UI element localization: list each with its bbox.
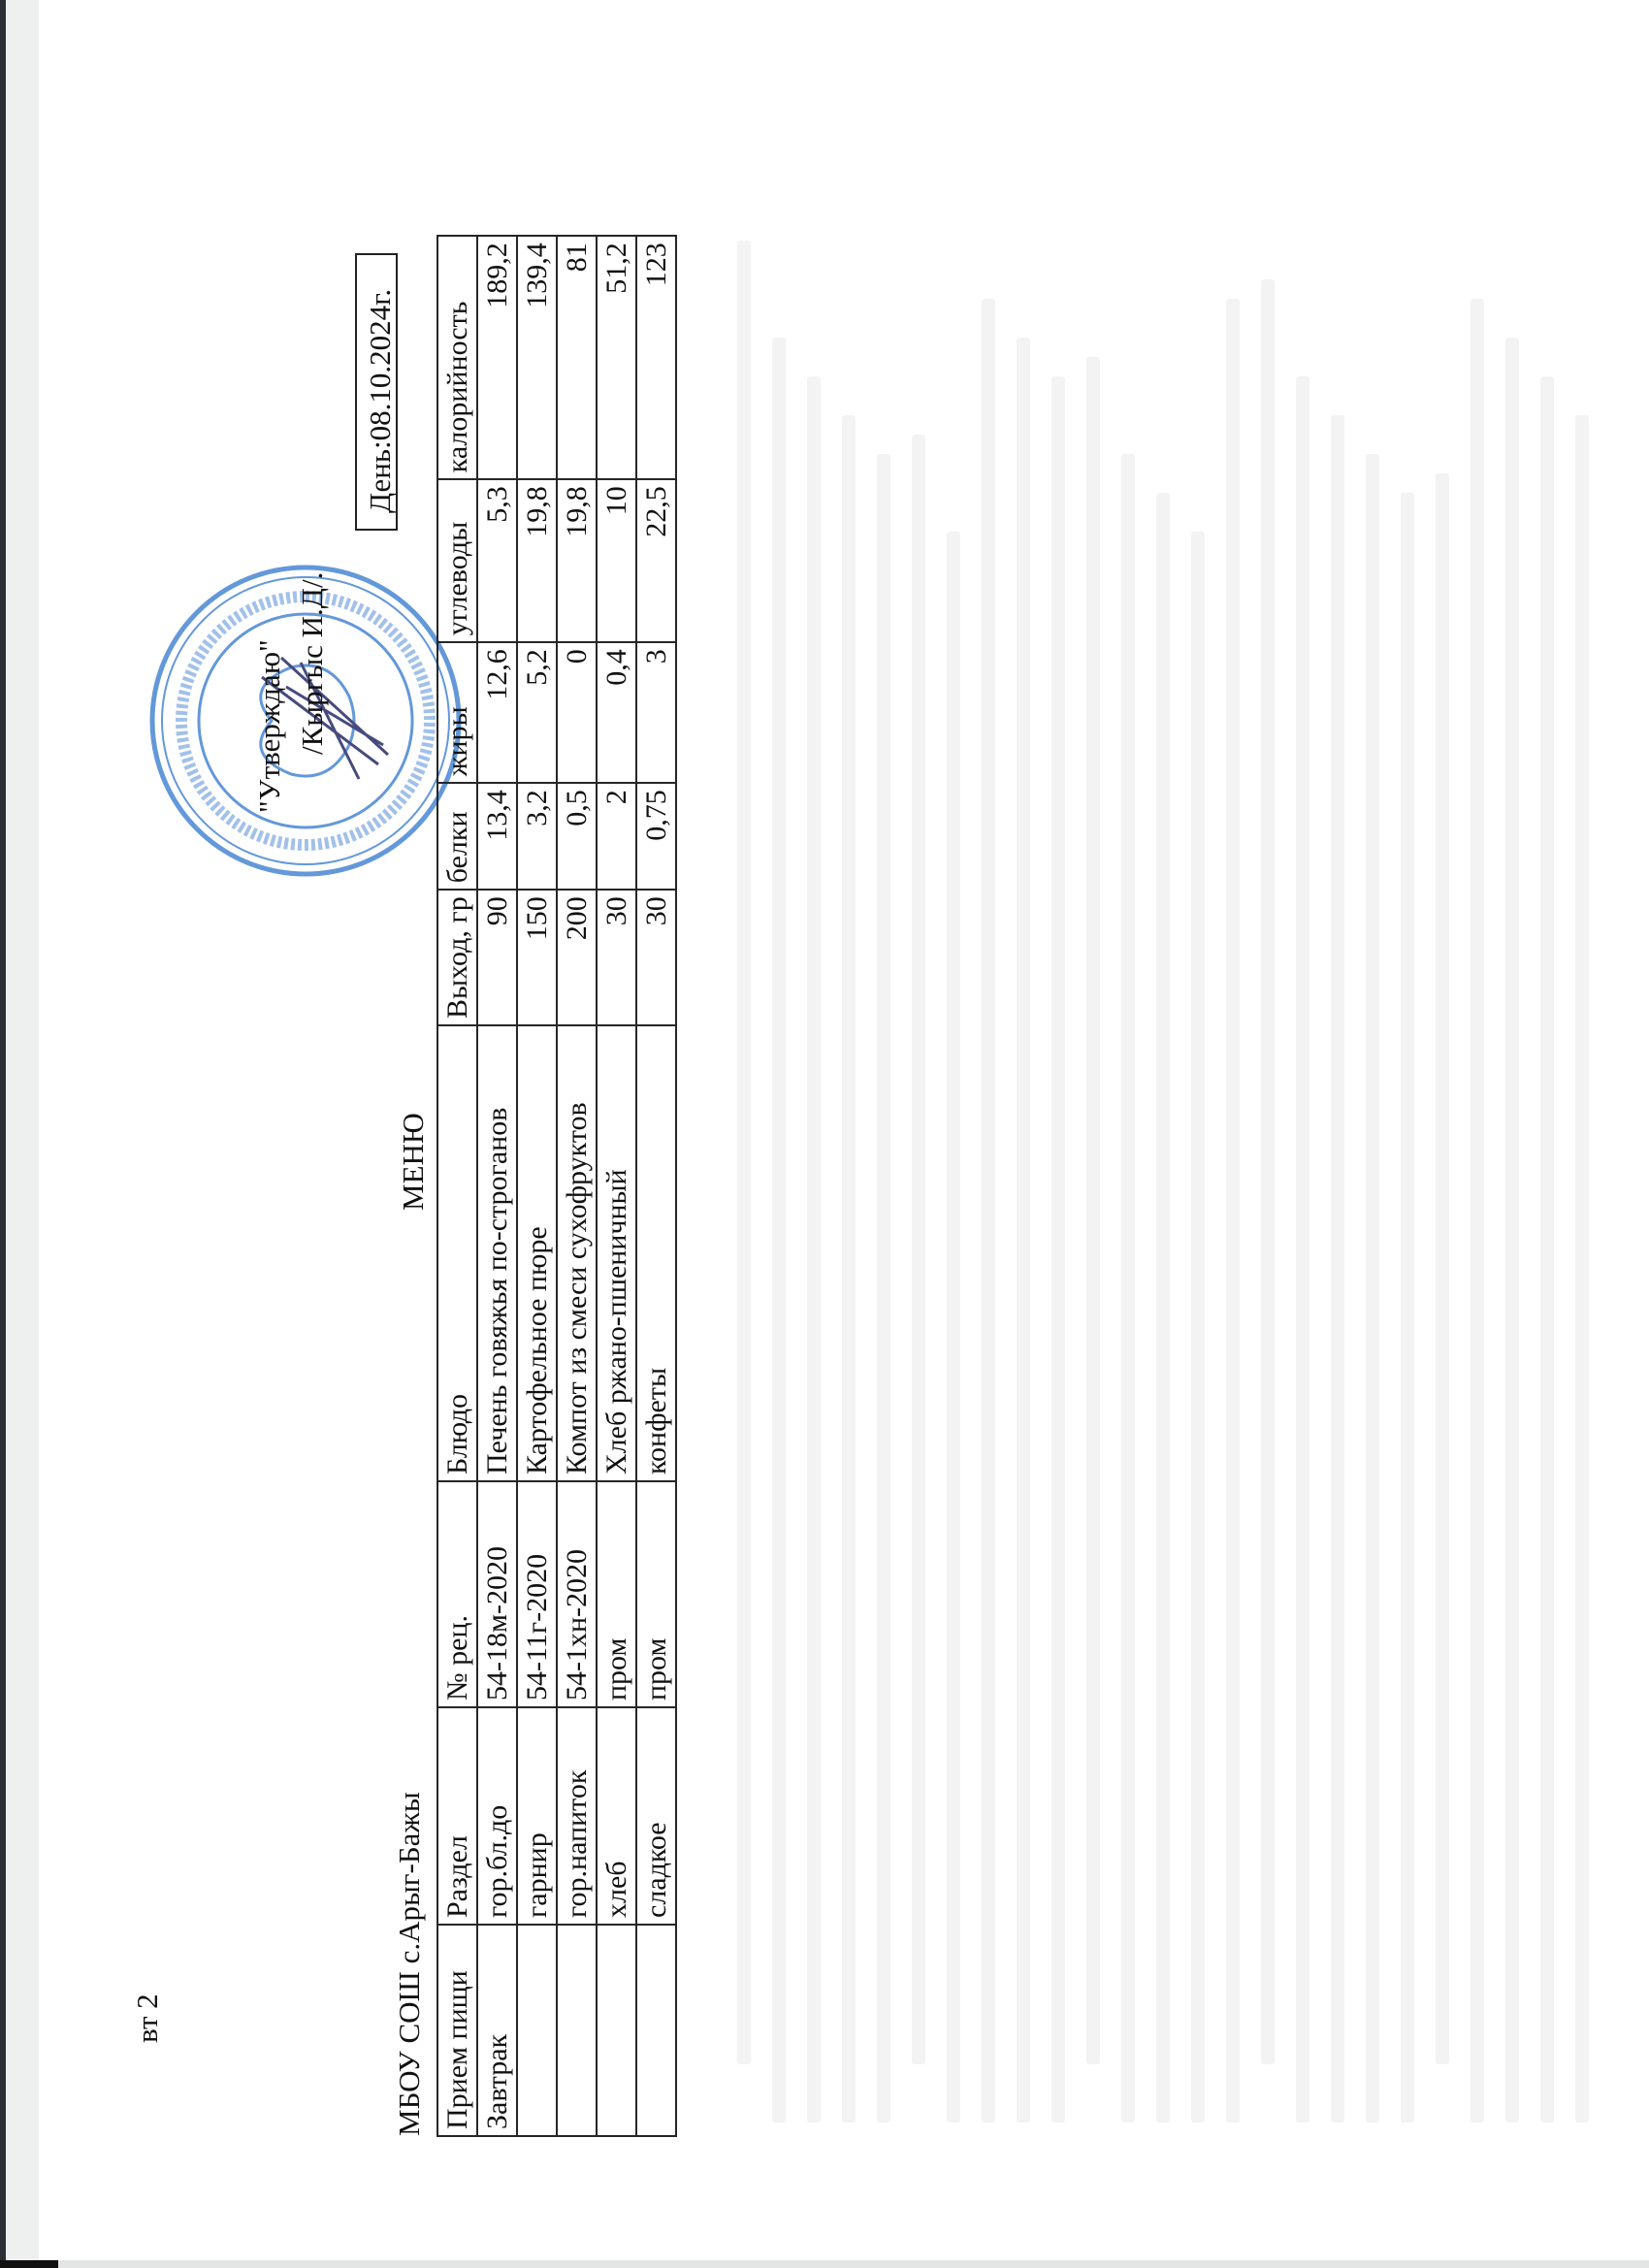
- show-through-line: [1156, 493, 1170, 2122]
- cell-yield-g: 30: [636, 890, 676, 1025]
- show-through-line: [772, 338, 786, 2122]
- menu-table: Прием пищиРаздел№ рец.БлюдоВыход, грбелк…: [436, 235, 677, 2137]
- show-through-line: [877, 454, 890, 2122]
- show-through-line: [1401, 493, 1414, 2122]
- cell-yield-g: 30: [597, 890, 636, 1025]
- table-row: гарнир54-11г-2020Картофельное пюре1503,2…: [517, 236, 557, 2136]
- cell-carbs: 22,5: [636, 479, 676, 642]
- show-through-line: [1436, 473, 1449, 2064]
- cell-dish: Компот из смеси сухофруктов: [557, 1025, 597, 1481]
- cell-recipe: 54-11г-2020: [517, 1481, 557, 1707]
- show-through-line: [1191, 532, 1205, 2122]
- cell-fat: 0: [557, 642, 597, 783]
- cell-kcal: 123: [636, 236, 676, 479]
- cell-protein: 3,2: [517, 783, 557, 890]
- column-header: № рец.: [437, 1481, 477, 1707]
- cell-kcal: 51,2: [597, 236, 636, 479]
- cell-protein: 0,5: [557, 783, 597, 890]
- column-header: Блюдо: [437, 1025, 477, 1481]
- show-through-line: [1226, 299, 1240, 2122]
- show-through-line: [1540, 376, 1554, 2122]
- approval-label: "Утверждаю": [254, 639, 284, 813]
- cell-section: гор.бл.до: [477, 1707, 517, 1925]
- cell-fat: 5,2: [517, 642, 557, 783]
- school-name: МБОУ СОШ с.Арыг-Бажы: [394, 1792, 424, 2136]
- cell-fat: 3: [636, 642, 676, 783]
- cell-dish: Хлеб ржано-пшеничный: [597, 1025, 636, 1481]
- cell-fat: 12,6: [477, 642, 517, 783]
- show-through-line: [947, 532, 960, 2122]
- show-through-line: [1366, 454, 1379, 2122]
- cell-carbs: 10: [597, 479, 636, 642]
- scanned-page: "Утверждаю" /Кыргыс И.Д/. День:08.10.202…: [0, 0, 1649, 2268]
- show-through-line: [737, 241, 751, 2064]
- column-header: калорийность: [437, 236, 477, 479]
- cell-section: сладкое: [636, 1707, 676, 1925]
- column-header: жиры: [437, 642, 477, 783]
- cell-yield-g: 150: [517, 890, 557, 1025]
- show-through-line: [807, 376, 821, 2122]
- cell-section: гор.напиток: [557, 1707, 597, 1925]
- cell-yield-g: 90: [477, 890, 517, 1025]
- show-through-line: [1121, 454, 1135, 2122]
- column-header: белки: [437, 783, 477, 890]
- cell-meal: [597, 1925, 636, 2136]
- cell-meal: Завтрак: [477, 1925, 517, 2136]
- table-row: сладкоепромконфеты300,75322,5123: [636, 236, 676, 2136]
- show-through-line: [1086, 357, 1100, 2064]
- cell-dish: Печень говяжья по-строганов: [477, 1025, 517, 1481]
- date-label: День:08.10.2024г.: [363, 289, 398, 513]
- show-through-line: [1575, 415, 1589, 2122]
- column-header: углеводы: [437, 479, 477, 642]
- show-through-line: [1296, 376, 1309, 2122]
- cell-protein: 0,75: [636, 783, 676, 890]
- cell-kcal: 81: [557, 236, 597, 479]
- table-row: гор.напиток54-1хн-2020Компот из смеси су…: [557, 236, 597, 2136]
- cell-protein: 2: [597, 783, 636, 890]
- cell-yield-g: 200: [557, 890, 597, 1025]
- cell-recipe: 54-18м-2020: [477, 1481, 517, 1707]
- table-row: Завтракгор.бл.до54-18м-2020Печень говяжь…: [477, 236, 517, 2136]
- cell-kcal: 189,2: [477, 236, 517, 479]
- column-header: Раздел: [437, 1707, 477, 1925]
- cell-dish: конфеты: [636, 1025, 676, 1481]
- cell-meal: [557, 1925, 597, 2136]
- show-through-line: [1261, 279, 1275, 2064]
- show-through-line: [1471, 299, 1484, 2122]
- column-header: Выход, гр: [437, 890, 477, 1025]
- approval-signer: /Кыргыс И.Д/.: [297, 572, 327, 755]
- cell-carbs: 19,8: [517, 479, 557, 642]
- show-through-line: [1331, 415, 1344, 2122]
- show-through-line: [1505, 338, 1519, 2122]
- cell-kcal: 139,4: [517, 236, 557, 479]
- cell-protein: 13,4: [477, 783, 517, 890]
- table-header-row: Прием пищиРаздел№ рец.БлюдоВыход, грбелк…: [437, 236, 477, 2136]
- show-through-line: [842, 415, 856, 2122]
- cell-carbs: 19,8: [557, 479, 597, 642]
- cell-recipe: пром: [636, 1481, 676, 1707]
- cell-fat: 0,4: [597, 642, 636, 783]
- date-box: День:08.10.2024г.: [355, 253, 398, 531]
- cell-meal: [636, 1925, 676, 2136]
- show-through-line: [1051, 376, 1065, 2122]
- cell-section: хлеб: [597, 1707, 636, 1925]
- day-code: вт 2: [132, 1993, 162, 2043]
- cell-carbs: 5,3: [477, 479, 517, 642]
- show-through-line: [912, 435, 925, 2064]
- cell-recipe: 54-1хн-2020: [557, 1481, 597, 1707]
- column-header: Прием пищи: [437, 1925, 477, 2136]
- page-title: МЕНЮ: [398, 1113, 428, 1211]
- cell-recipe: пром: [597, 1481, 636, 1707]
- cell-section: гарнир: [517, 1707, 557, 1925]
- table-row: хлебпромХлеб ржано-пшеничный3020,41051,2: [597, 236, 636, 2136]
- cell-dish: Картофельное пюре: [517, 1025, 557, 1481]
- cell-meal: [517, 1925, 557, 2136]
- show-through-line: [1017, 338, 1030, 2122]
- show-through-line: [982, 299, 995, 2122]
